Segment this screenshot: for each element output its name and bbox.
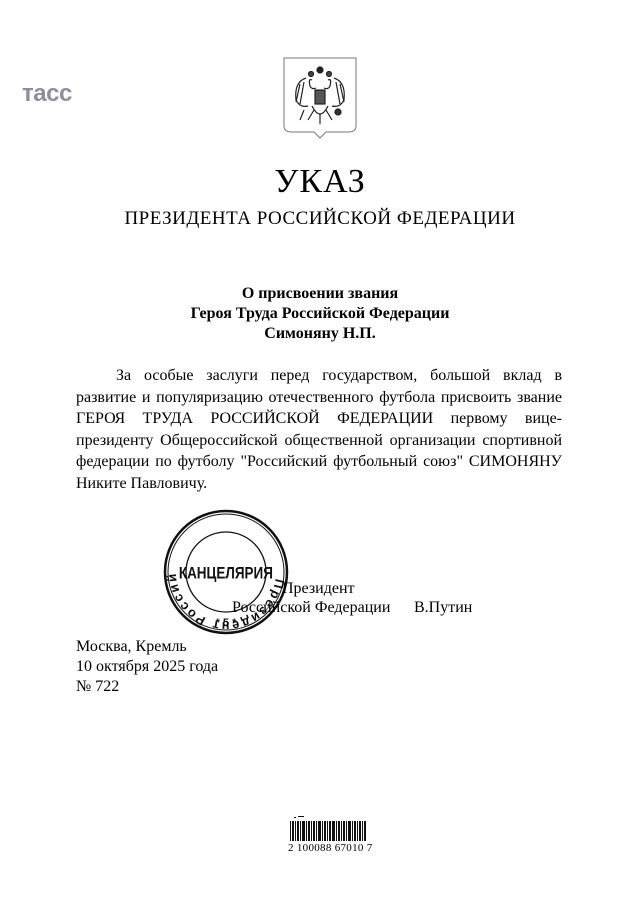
decree-number: № 722 [76, 677, 218, 697]
svg-text:КАНЦЕЛЯРИЯ: КАНЦЕЛЯРИЯ [179, 564, 273, 583]
decree-place: Москва, Кремль [76, 637, 218, 657]
barcode-number: 2 100088 67010 7 [288, 842, 373, 854]
document-subtitle: ПРЕЗИДЕНТА РОССИЙСКОЙ ФЕДЕРАЦИИ [0, 208, 640, 230]
tass-logo: тасс [22, 80, 72, 108]
document-title: УКАЗ [0, 163, 640, 201]
decree-footer: Москва, Кремль 10 октября 2025 года № 72… [76, 637, 218, 697]
signatory-name: В.Путин [414, 599, 472, 617]
body-paragraph: За особые заслуги перед государством, бо… [76, 365, 562, 494]
svg-text:* 5 *: * 5 * [216, 617, 238, 629]
decree-body: За особые заслуги перед государством, бо… [76, 365, 562, 494]
coat-of-arms-icon [282, 56, 358, 140]
heading-line: Героя Труда Российской Федерации [0, 304, 640, 324]
signatory-title: Президент [282, 580, 355, 598]
heading-line: О присвоении звания [0, 284, 640, 304]
heading-line: Симоняну Н.П. [0, 324, 640, 344]
decree-heading: О присвоении звания Героя Труда Российск… [0, 284, 640, 344]
barcode [288, 813, 374, 863]
signatory-title-line2: Российской Федерации [232, 599, 390, 617]
decree-date: 10 октября 2025 года [76, 657, 218, 677]
